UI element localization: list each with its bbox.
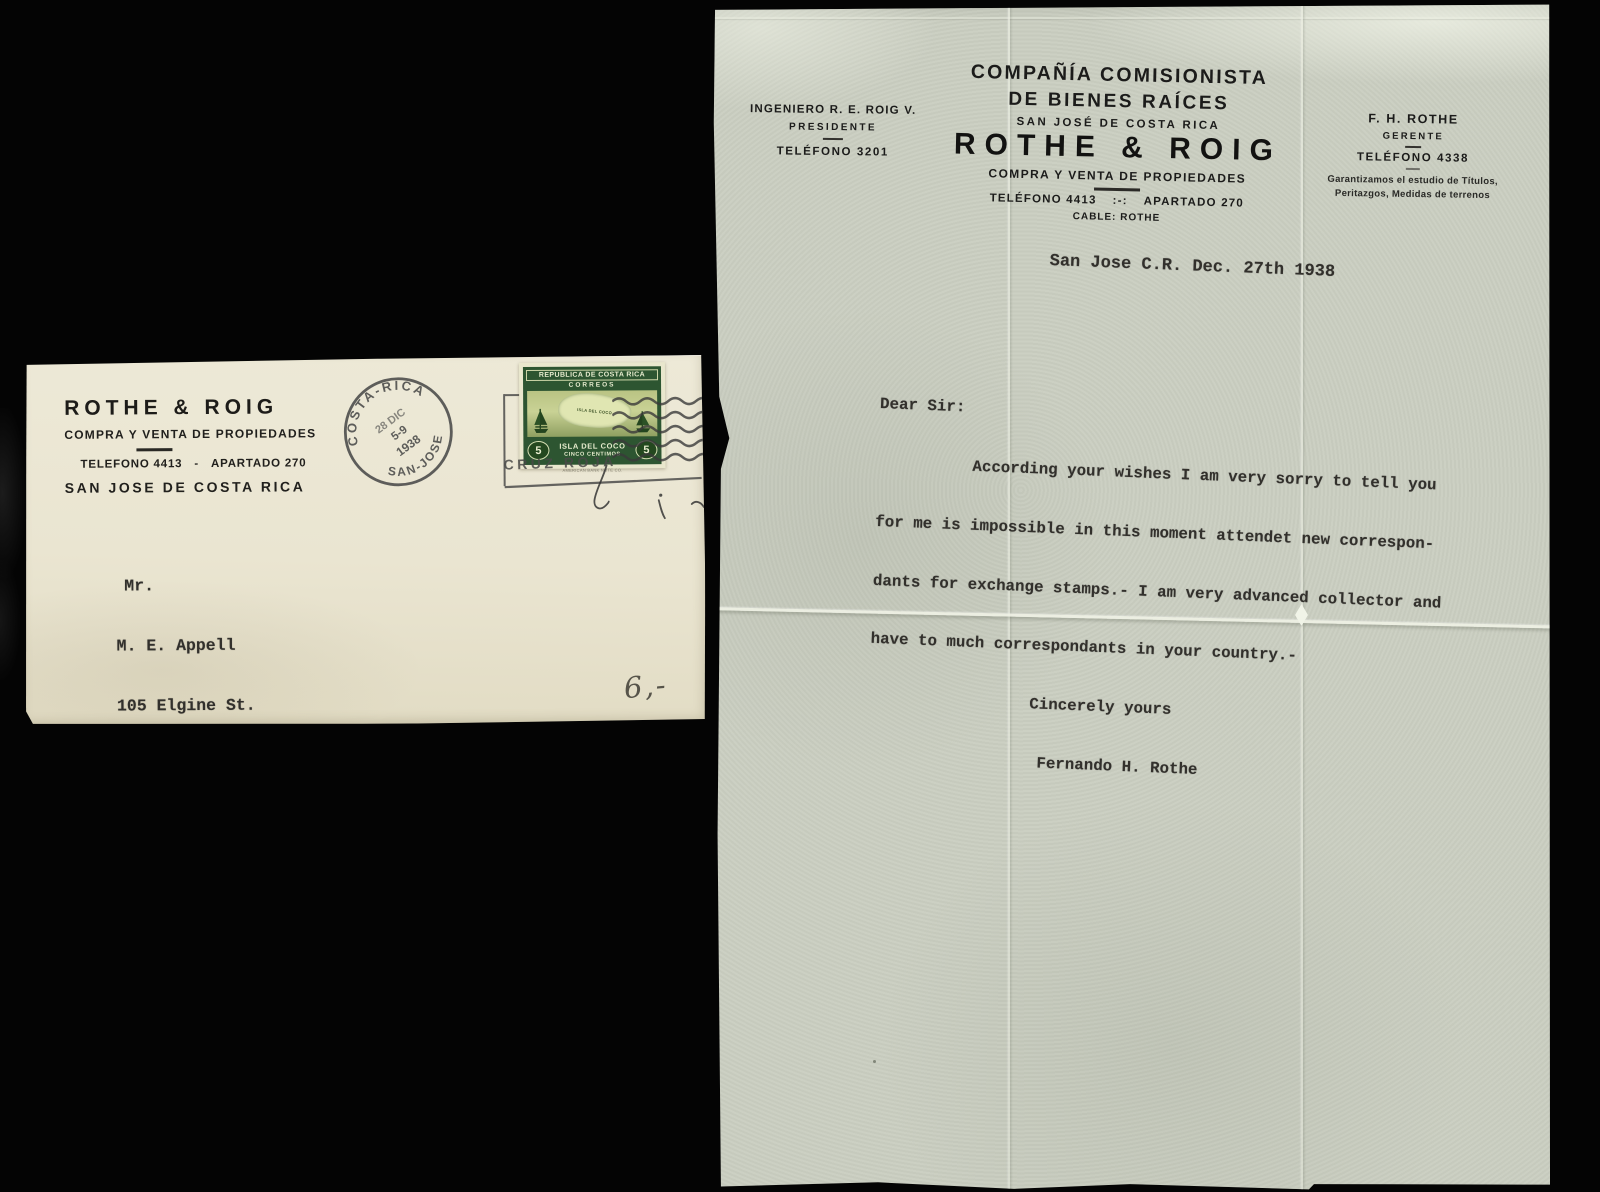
stamp-map-label: ISLA DEL COCO [577, 406, 612, 414]
divider-rule [136, 448, 172, 451]
background-blotch [0, 560, 20, 680]
services-line2: Peritazgos, Medidas de terrenos [1282, 186, 1542, 204]
company-tagline: COMPRA Y VENTA DE PROPIEDADES [947, 165, 1287, 186]
pencil-price-note: 6,- [622, 667, 668, 705]
envelope-corner-card: ROTHE & ROIG COMPRA Y VENTA DE PROPIEDAD… [64, 395, 315, 496]
divider-rule [1406, 168, 1420, 170]
body-line: for me is impossible in this moment atte… [875, 513, 1444, 555]
body-line: dants for exchange stamps.- I am very ad… [873, 571, 1442, 613]
manager-name: F. H. ROTHE [1283, 110, 1543, 128]
separator-dash: - [194, 458, 199, 470]
sender-phone: TELEFONO 4413 [80, 458, 182, 471]
company-phone-line: TELÉFONO 4413 :-: APARTADO 270 [947, 191, 1287, 210]
company-type-line1: COMPAÑÍA COMISIONISTA [949, 60, 1289, 90]
address-line: KITCHENER [117, 756, 256, 777]
body-line: have to much correspondants in your coun… [870, 630, 1439, 672]
sailing-ship-icon [530, 405, 552, 435]
sender-tagline: COMPRA Y VENTA DE PROPIEDADES [64, 426, 314, 442]
divider-rule [1405, 146, 1421, 148]
address-line: ONTARIO [118, 816, 257, 837]
sender-city: SAN JOSE DE COSTA RICA [65, 478, 315, 496]
letterhead-company-block: COMPAÑÍA COMISIONISTA DE BIENES RAÍCES S… [946, 60, 1289, 226]
letter-body: Dear Sir: According your wishes I am ver… [864, 356, 1450, 829]
pen-squiggle [569, 450, 715, 586]
photo-scene: ROTHE & ROIG COMPRA Y VENTA DE PROPIEDAD… [0, 0, 1600, 1192]
recipient-address: Mr. M. E. Appell 105 Elgine St. KITCHENE… [116, 536, 257, 937]
divider-rule [1094, 188, 1140, 192]
closing: Cincerely yours [868, 689, 1437, 731]
president-title: PRESIDENTE [723, 121, 943, 134]
divider-rule [823, 138, 843, 140]
letterhead-manager-block: F. H. ROTHE GERENTE TELÉFONO 4338 Garant… [1282, 110, 1543, 204]
salutation: Dear Sir: [880, 395, 1449, 437]
president-phone: TELÉFONO 3201 [723, 145, 943, 159]
signature: Fernando H. Rothe [865, 748, 1434, 790]
sender-company: ROTHE & ROIG [64, 395, 314, 421]
sender-po-box: APARTADO 270 [211, 457, 307, 470]
background-blotch [0, 408, 26, 578]
letter-sheet: INGENIERO R. E. ROIG V. PRESIDENTE TELÉF… [710, 4, 1550, 1190]
sender-phone-line: TELEFONO 4413 - APARTADO 270 [64, 457, 314, 471]
stamp-country-banner: REPUBLICA DE COSTA RICA [526, 369, 658, 381]
company-type-line2: DE BIENES RAÍCES [949, 87, 1289, 116]
envelope: ROTHE & ROIG COMPRA Y VENTA DE PROPIEDAD… [24, 355, 706, 726]
stamp-service-label: CORREOS [525, 381, 659, 390]
letterhead-president-block: INGENIERO R. E. ROIG V. PRESIDENTE TELÉF… [723, 103, 944, 159]
letter-dateline: San Jose C.R. Dec. 27th 1938 [1049, 252, 1335, 282]
address-line: Mr. [116, 576, 255, 597]
fold-crease-top [710, 17, 1550, 19]
manager-phone: TELÉFONO 4338 [1283, 150, 1543, 166]
address-line: M. E. Appell [117, 636, 256, 657]
paper-speck [873, 1060, 876, 1063]
company-po-box: APARTADO 270 [1144, 196, 1244, 210]
circular-postmark: COSTA-RICA SAN-JOSE 28 DIC 5-9 1938 [316, 349, 481, 514]
address-line: 105 Elgine St. [117, 696, 256, 717]
president-name: INGENIERO R. E. ROIG V. [723, 103, 943, 117]
separator-mark: :-: [1112, 195, 1127, 207]
address-line: CANADA [118, 876, 257, 897]
body-line: According your wishes I am very sorry to… [877, 454, 1446, 496]
company-name: ROTHE & ROIG [948, 127, 1289, 168]
company-cable-address: CABLE: ROTHE [946, 208, 1286, 226]
manager-title: GERENTE [1283, 129, 1543, 144]
company-phone: TELÉFONO 4413 [990, 192, 1097, 206]
